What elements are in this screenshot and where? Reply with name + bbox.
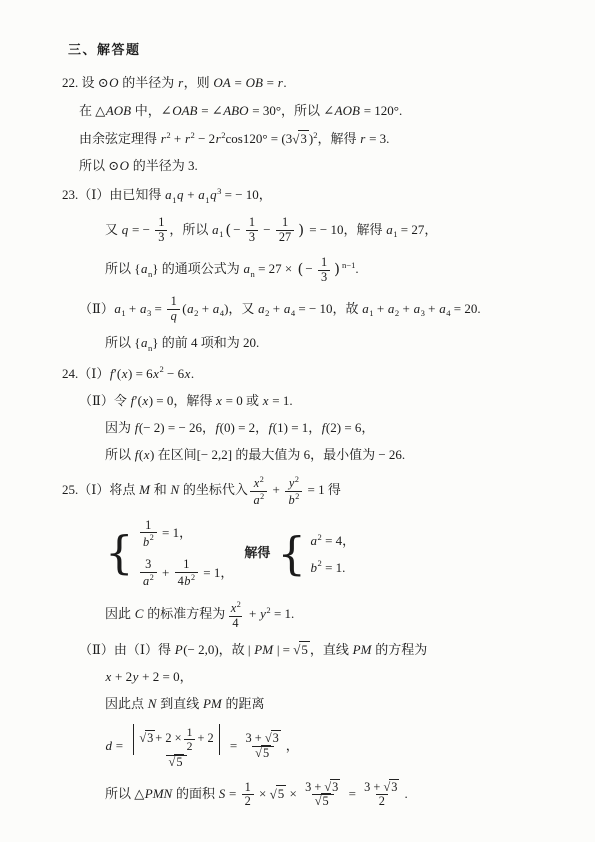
numerator: 1 <box>318 256 330 270</box>
text-run: ) = 6 <box>128 366 153 381</box>
left-paren-icon: ( <box>297 263 305 276</box>
solution-line: 在 △AOB 中，∠OAB = ∠ABO = 30°，所以 ∠AOB = 120… <box>79 103 525 119</box>
subscript: 1 <box>219 229 223 239</box>
numerator: 1 <box>180 558 192 572</box>
problem-22: 22. 设 ⊙O 的半径为 r，则 OA = OB = r.在 △AOB 中，∠… <box>62 75 525 174</box>
subscript: 1 <box>205 195 209 205</box>
superscript: 2 <box>313 130 317 140</box>
denominator: 4 <box>229 616 241 631</box>
text-run: 22. <box>62 75 78 90</box>
text-run: 1 <box>171 294 177 308</box>
paren-content: − 13 <box>304 256 333 285</box>
math-variable: x <box>121 366 128 381</box>
math-variable: b <box>143 535 150 549</box>
fraction: 3 + √3√5 <box>243 732 284 761</box>
text-run: = − <box>129 222 153 237</box>
system-brace-icon: { <box>277 531 306 576</box>
math-variable: x <box>105 669 112 684</box>
text-run: = 27， <box>398 222 438 237</box>
denominator: 3 <box>246 230 258 245</box>
radicand: 5 <box>321 793 331 808</box>
text-run: + <box>399 301 413 316</box>
text-run: = <box>345 786 359 801</box>
superscript: 2 <box>191 573 195 582</box>
text-run: = <box>113 738 127 753</box>
text-run: 1 <box>145 518 151 532</box>
right-paren-icon: ) <box>333 263 341 276</box>
solution-line: 22. 设 ⊙O 的半径为 r，则 OA = OB = r. <box>62 75 525 91</box>
subscript: 1 <box>393 229 397 239</box>
fraction: 3a2 <box>140 558 157 589</box>
text-run: 因此 <box>105 606 134 621</box>
equation-system: {1b2 = 1，3a2 + 14b2 = 1， <box>105 519 233 589</box>
square-root: √3 <box>139 732 155 746</box>
math-variable: a <box>141 335 149 350</box>
text-run: ，直线 <box>310 642 352 657</box>
text-run: = 1 得 <box>304 482 341 497</box>
text-run: = <box>231 75 245 90</box>
radicand: 3 <box>145 730 155 745</box>
math-variable: r <box>178 75 184 90</box>
text-run: ，所以 <box>169 222 211 237</box>
text-run: = <box>226 786 240 801</box>
problem-25: 25.（Ⅰ）将点 M 和 N 的坐标代入x2a2 + y2b2 = 1 得{1b… <box>62 475 525 810</box>
text-run: 1 <box>249 215 255 229</box>
solution-line: （Ⅱ）a1 + a3 = 1q(a2 + a4)，又 a2 + a4 = − 1… <box>79 295 525 324</box>
text-run: + 2 <box>112 669 132 684</box>
text-run: ，解得 <box>318 131 360 146</box>
text-run: 1 <box>183 557 189 571</box>
subscript: 1 <box>121 308 125 318</box>
text-run: = <box>151 301 165 316</box>
square-root: √3 <box>265 730 281 745</box>
text-run: 2 <box>245 794 251 808</box>
fraction: 1q <box>167 295 180 324</box>
system-row: 1b2 = 1， <box>138 519 234 550</box>
denominator: 3 <box>155 230 167 245</box>
text-run: − <box>260 222 274 237</box>
math-variable: O <box>109 75 119 90</box>
numerator: y2 <box>285 475 302 491</box>
paren-group: (− 13) <box>297 256 341 285</box>
radicand: 5 <box>276 785 287 801</box>
text-run: + 2 <box>197 732 213 746</box>
text-run: 的坐标代入 <box>180 482 248 497</box>
math-variable: N <box>170 482 180 497</box>
text-run: − 2 <box>195 131 215 146</box>
math-variable: S <box>218 786 226 801</box>
text-run: 3 <box>273 731 279 745</box>
math-variable: a <box>283 301 291 316</box>
radical-sign: √ <box>265 731 271 745</box>
math-variable: r <box>184 131 190 146</box>
text-run: = − 10， <box>221 187 271 202</box>
text-run: + <box>269 301 283 316</box>
solution-line: 由余弦定理得 r2 + r2 − 2r2cos120° = (3√3)2，解得 … <box>79 130 525 148</box>
system-brace-icon: { <box>105 531 134 576</box>
solution-line: 因此点 N 到直线 PM 的距离 <box>105 696 525 712</box>
text-run: = 20. <box>451 301 481 316</box>
math-variable: PM <box>254 642 274 657</box>
text-run: 因为 <box>105 420 134 435</box>
text-run: = 27 × <box>255 261 296 276</box>
text-run: (0) = 2， <box>220 420 269 435</box>
text-run: . <box>404 786 407 801</box>
problem-24: 24.（Ⅰ）f′(x) = 6x2 − 6x.（Ⅱ）令 f′(x) = 0，解得… <box>62 364 525 463</box>
text-run: + <box>159 565 173 580</box>
math-variable: a <box>387 301 395 316</box>
subscript: 4 <box>446 308 450 318</box>
denominator: a2 <box>140 572 157 589</box>
denominator: 27 <box>276 230 294 245</box>
text-run: − 6 <box>164 366 184 381</box>
radical-sign: √ <box>315 794 321 808</box>
math-variable: a <box>243 261 251 276</box>
radicand: 3 <box>330 779 340 794</box>
text-run: 5 <box>323 794 329 808</box>
text-run: − <box>305 261 316 276</box>
text-run: = − 10，解得 <box>306 222 386 237</box>
math-variable: r <box>360 131 366 146</box>
numerator: 1 <box>155 216 167 230</box>
fraction: 3 + √3√5 <box>302 781 343 810</box>
system-rows: 1b2 = 1，3a2 + 14b2 = 1， <box>138 519 234 589</box>
solution-line: {1b2 = 1，3a2 + 14b2 = 1，解得{a2 = 4，b2 = 1… <box>105 519 525 589</box>
text-run: + <box>269 482 283 497</box>
problem-23: 23.（Ⅰ）由已知得 a1q + a1q3 = − 10，又 q = − 13，… <box>62 186 525 354</box>
solution-line: 23.（Ⅰ）由已知得 a1q + a1q3 = − 10， <box>62 186 525 206</box>
math-variable: q <box>210 187 218 202</box>
fraction: 3 + √32 <box>361 781 402 810</box>
text-run: 1 <box>245 780 251 794</box>
numerator: 1 <box>279 216 291 230</box>
fraction: 13 <box>246 216 258 245</box>
text-run: 的距离 <box>222 696 264 711</box>
math-variable: a <box>310 533 318 548</box>
text-run: + <box>184 187 198 202</box>
fraction: 12 <box>184 726 196 753</box>
text-run: 5 <box>263 746 269 760</box>
text-run: 设 ⊙ <box>78 75 108 90</box>
square-root: √5 <box>169 754 185 769</box>
superscript: 2 <box>260 475 264 484</box>
right-paren-icon: ) <box>297 224 305 237</box>
text-run: （Ⅱ）令 <box>79 393 130 408</box>
text-run: 3 <box>249 230 255 244</box>
text-run: (− 2,0)，故 | <box>183 642 254 657</box>
text-run: 24. <box>62 366 78 381</box>
math-variable: N <box>147 696 157 711</box>
text-run: 27 <box>279 230 291 244</box>
text-run: 3 <box>300 131 307 146</box>
math-variable: PM <box>352 642 372 657</box>
text-run: = 120°. <box>360 103 402 118</box>
text-run: 所以 ⊙ <box>79 158 119 173</box>
text-run: )，又 <box>224 301 258 316</box>
text-run: 1 <box>187 726 193 739</box>
system-row: a2 = 4， <box>310 532 355 550</box>
denominator: √5 <box>312 794 334 809</box>
solution-line: 所以 {an} 的通项公式为 an = 27 × (− 13)n−1. <box>105 256 525 285</box>
math-variable: C <box>134 606 144 621</box>
text-run: （Ⅰ）由已知得 <box>78 187 164 202</box>
text-run: 5 <box>278 786 285 801</box>
numerator: 1 <box>184 726 196 739</box>
math-variable: q <box>176 187 184 202</box>
text-run: (− 2) = − 26， <box>139 420 215 435</box>
denominator: a2 <box>250 491 267 508</box>
numerator: 3 <box>142 558 154 572</box>
numerator: 1 <box>168 295 180 309</box>
text-run: . <box>283 75 286 90</box>
text-run: 4 <box>232 616 238 630</box>
numerator: 3 + √3 <box>302 781 343 795</box>
superscript: 2 <box>221 130 225 140</box>
math-variable: b <box>184 574 191 588</box>
text-run: 3 <box>321 270 327 284</box>
text-run: + <box>126 301 140 316</box>
text-run: × <box>286 786 300 801</box>
denominator: q <box>167 309 180 324</box>
text-run: = 1. <box>269 393 293 408</box>
text-run: 所以 { <box>105 335 141 350</box>
solution-line: 因为 f(− 2) = − 26，f(0) = 2，f(1) = 1，f(2) … <box>105 420 525 436</box>
math-variable: a <box>139 301 147 316</box>
text-run: } 的前 4 项和为 20. <box>152 335 259 350</box>
denominator: √5 <box>252 746 274 761</box>
text-run: 5 <box>176 755 182 769</box>
math-variable: q <box>170 309 177 323</box>
text-run: 1 <box>282 215 288 229</box>
text-run: + <box>171 131 185 146</box>
denominator: 2 <box>376 794 388 809</box>
math-variable: O <box>119 158 129 173</box>
text-run: = 1， <box>200 565 233 580</box>
text-run: 所以 <box>105 447 134 462</box>
radical-sign: √ <box>270 786 276 801</box>
denominator: 4b2 <box>175 572 198 589</box>
document-page: 三、解答题 22. 设 ⊙O 的半径为 r，则 OA = OB = r.在 △A… <box>0 0 595 842</box>
left-paren-icon: ( <box>224 224 232 237</box>
denominator: 2 <box>184 739 196 753</box>
math-variable: OB <box>245 75 263 90</box>
superscript: 2 <box>237 600 241 609</box>
numerator: x2 <box>250 475 267 491</box>
text-run: 1 <box>321 255 327 269</box>
text-run: 3 + <box>305 780 324 794</box>
radicand: 3 <box>389 779 399 794</box>
text-run: = 1. <box>271 606 295 621</box>
math-variable: a <box>212 222 220 237</box>
text-run: − <box>233 222 244 237</box>
text-run: 的半径为 <box>119 75 178 90</box>
text-run: 4 <box>178 574 184 588</box>
radicand: 5 <box>299 641 310 657</box>
radicand: 3 <box>298 130 309 146</box>
superscript: 2 <box>295 475 299 484</box>
text-run: . <box>355 261 358 276</box>
text-run: + 2 = 0， <box>139 669 193 684</box>
square-root: √3 <box>292 130 309 146</box>
fraction: y2b2 <box>285 475 302 508</box>
solution-line: 所以 ⊙O 的半径为 3. <box>79 158 525 174</box>
subscript: 1 <box>369 308 373 318</box>
math-variable: AOB <box>105 103 131 118</box>
math-variable: x <box>253 476 259 490</box>
text-run: 的方程为 <box>372 642 427 657</box>
numerator: 3 + √3 <box>243 732 284 746</box>
text-run: = ∠ <box>198 103 223 118</box>
math-variable: PM <box>202 696 222 711</box>
text-run: = <box>263 75 277 90</box>
text-run: 3 <box>332 780 338 794</box>
text-run: + 2 × <box>155 732 181 746</box>
text-run: 3 <box>147 731 153 745</box>
text-run: | = <box>274 642 294 657</box>
math-variable: y <box>288 476 294 490</box>
superscript: 2 <box>166 130 170 140</box>
superscript: 2 <box>150 573 154 582</box>
text-run: 解得 <box>244 545 270 560</box>
text-run: = 1， <box>159 525 192 540</box>
text-run: = 3. <box>366 131 390 146</box>
text-run: （Ⅰ）将点 <box>78 482 138 497</box>
text-run: 3 <box>391 780 397 794</box>
denominator: 3 <box>318 270 330 285</box>
solution-line: 25.（Ⅰ）将点 M 和 N 的坐标代入x2a2 + y2b2 = 1 得 <box>62 475 525 508</box>
text-run: 的半径为 3. <box>130 158 198 173</box>
text-run: 5 <box>301 642 308 657</box>
denominator: √5 <box>166 755 188 770</box>
equation-system: {a2 = 4，b2 = 1. <box>277 531 355 576</box>
math-variable: a <box>143 574 150 588</box>
math-variable: OA <box>213 75 231 90</box>
text-run: （Ⅰ） <box>78 366 109 381</box>
system-row: 3a2 + 14b2 = 1， <box>138 558 234 589</box>
solution-line: （Ⅱ）由（Ⅰ）得 P(− 2,0)，故 | PM | = √5，直线 PM 的方… <box>79 642 525 658</box>
text-run: = 4， <box>322 533 355 548</box>
solution-line: 因此 C 的标准方程为x24 + y2 = 1. <box>105 600 525 631</box>
text-run: 的面积 <box>173 786 219 801</box>
text-run: 2 <box>187 740 193 753</box>
text-run: 又 <box>105 222 121 237</box>
fraction: x24 <box>227 600 244 631</box>
superscript: n−1 <box>342 260 355 270</box>
math-variable: x <box>262 393 269 408</box>
solution-body: 22. 设 ⊙O 的半径为 r，则 OA = OB = r.在 △AOB 中，∠… <box>62 75 525 809</box>
text-run: 到直线 <box>157 696 203 711</box>
math-variable: M <box>139 482 151 497</box>
math-variable: a <box>141 261 149 276</box>
text-run: ) = 0，解得 <box>149 393 216 408</box>
radicand: 5 <box>261 745 271 760</box>
text-run: ′( <box>135 393 142 408</box>
text-run: 3 <box>145 557 151 571</box>
text-run: 2 <box>379 794 385 808</box>
text-run: ) 在区间[− 2,2] 的最大值为 6，最小值为 − 26. <box>150 447 405 462</box>
solution-line: 又 q = − 13，所以 a1(− 13 − 127) = − 10，解得 a… <box>105 216 525 245</box>
denominator: 2 <box>242 794 254 809</box>
text-run: = <box>227 738 241 753</box>
superscript: 2 <box>260 492 264 501</box>
numerator: √3 + 2 × 12 + 2 <box>128 724 224 755</box>
text-run: 的标准方程为 <box>144 606 225 621</box>
text-run: 1 <box>158 215 164 229</box>
text-run: = − 10，故 <box>295 301 362 316</box>
text-run: = 1. <box>322 560 346 575</box>
math-variable: y <box>132 669 139 684</box>
fraction: x2a2 <box>250 475 267 508</box>
math-variable: AOB <box>334 103 360 118</box>
text-run: 因此点 <box>105 696 147 711</box>
solution-line: d = √3 + 2 × 12 + 2√5 = 3 + √3√5， <box>105 724 525 770</box>
square-root: √5 <box>270 785 287 801</box>
text-run: + <box>374 301 388 316</box>
text-run: 和 <box>150 482 170 497</box>
math-variable: x <box>142 393 149 408</box>
section-heading: 三、解答题 <box>68 42 525 58</box>
text-run: + <box>425 301 439 316</box>
solution-line: 所以 △PMN 的面积 S = 12 × √5 × 3 + √3√5 = 3 +… <box>105 781 525 810</box>
fraction: 14b2 <box>175 558 198 589</box>
solution-line: 24.（Ⅰ）f′(x) = 6x2 − 6x. <box>62 364 525 382</box>
superscript: 2 <box>150 533 154 542</box>
text-run: 所以 △ <box>105 786 144 801</box>
paren-content: − 13 − 127 <box>232 216 297 245</box>
solution-line: x + 2y + 2 = 0， <box>105 669 525 685</box>
numerator: 1 <box>142 519 154 533</box>
absolute-value-group: √3 + 2 × 12 + 2 <box>133 724 219 755</box>
math-variable: P <box>174 642 183 657</box>
math-variable: x <box>230 601 236 615</box>
system-rows: a2 = 4，b2 = 1. <box>310 532 355 576</box>
math-variable: d <box>105 738 113 753</box>
math-variable: x <box>184 366 191 381</box>
text-run: 25. <box>62 482 78 497</box>
square-root: √5 <box>315 793 331 808</box>
fraction: 13 <box>155 216 167 245</box>
text-run: + <box>198 301 212 316</box>
square-root: √5 <box>255 745 271 760</box>
text-run: 在 △ <box>79 103 105 118</box>
radicand: 5 <box>174 754 184 769</box>
fraction: 12 <box>242 781 254 810</box>
text-run: （Ⅱ） <box>79 301 114 316</box>
math-variable: b <box>310 560 318 575</box>
text-run: 中，∠ <box>132 103 172 118</box>
system-row: b2 = 1. <box>310 558 355 576</box>
denominator: b2 <box>285 491 302 508</box>
fraction: 1b2 <box>140 519 157 550</box>
math-variable: q <box>121 222 129 237</box>
fraction: √3 + 2 × 12 + 2√5 <box>128 724 224 770</box>
math-variable: a <box>413 301 421 316</box>
text-run: (2) = 6， <box>326 420 375 435</box>
text-run: (1) = 1， <box>273 420 322 435</box>
radicand: 3 <box>271 730 281 745</box>
text-run: ，则 <box>184 75 213 90</box>
math-variable: f <box>215 420 220 435</box>
text-run: 23. <box>62 187 78 202</box>
fraction: 13 <box>318 256 330 285</box>
text-run: ， <box>286 738 299 753</box>
text-run: ( <box>182 301 186 316</box>
denominator: b2 <box>140 532 157 549</box>
text-run: } 的通项公式为 <box>152 261 243 276</box>
math-variable: PMN <box>144 786 172 801</box>
text-run: 3 + <box>246 731 265 745</box>
math-variable: x <box>143 447 150 462</box>
